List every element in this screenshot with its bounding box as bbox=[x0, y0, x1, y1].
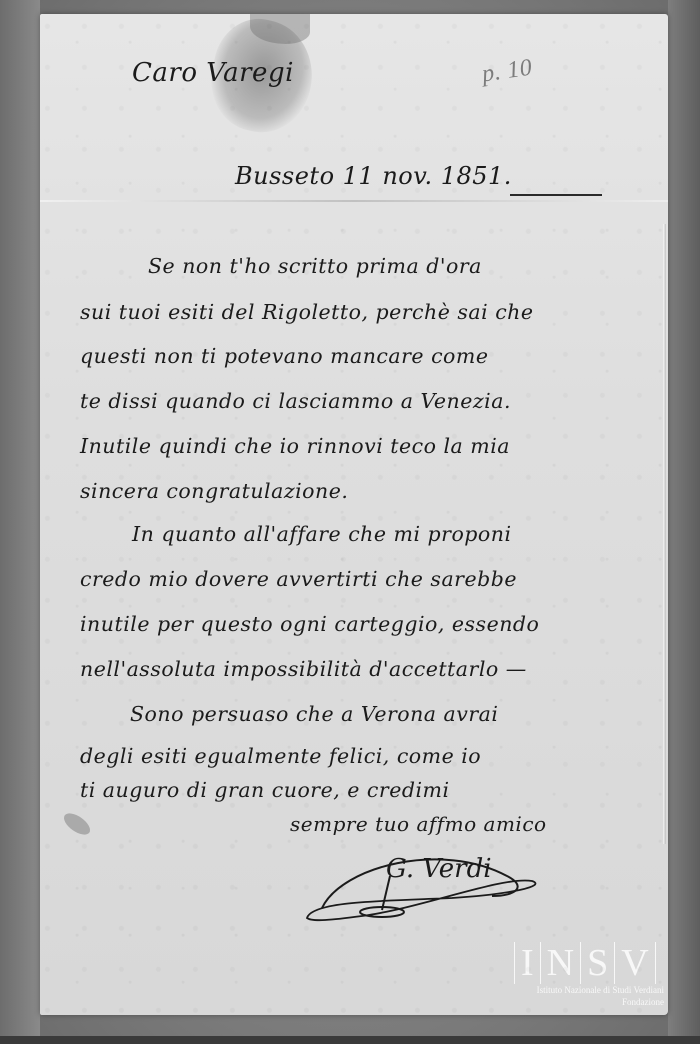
body-line: ti auguro di gran cuore, e credimi bbox=[80, 778, 450, 802]
right-crease bbox=[663, 224, 666, 844]
insv-watermark: I N S V Istituto Nazionale di Studi Verd… bbox=[514, 942, 664, 1022]
body-line: Inutile quindi che io rinnovi teco la mi… bbox=[80, 434, 510, 458]
watermark-institute: Istituto Nazionale di Studi Verdiani bbox=[514, 984, 664, 996]
watermark-foundation: Fondazione bbox=[514, 996, 664, 1008]
body-line: In quanto all'affare che mi proponi bbox=[132, 522, 512, 546]
watermark-logo: I N S V bbox=[514, 942, 664, 984]
closing: sempre tuo affmo amico bbox=[290, 812, 547, 836]
signature: G. Verdi bbox=[302, 846, 552, 926]
body-line: te dissi quando ci lasciammo a Venezia. bbox=[80, 389, 511, 413]
signature-name: G. Verdi bbox=[386, 854, 492, 884]
body-line: degli esiti egualmente felici, come io bbox=[80, 744, 481, 768]
letter-sheet: Caro Varegi p. 10 Busseto 11 nov. 1851. … bbox=[40, 14, 668, 1015]
smudge bbox=[60, 809, 93, 838]
photo-bottom-edge bbox=[0, 1036, 700, 1044]
body-line: questi non ti potevano mancare come bbox=[80, 344, 488, 368]
body-line: inutile per questo ogni carteggio, essen… bbox=[80, 612, 539, 636]
archive-reference: p. 10 bbox=[480, 55, 534, 89]
body-line: credo mio dovere avvertirti che sarebbe bbox=[80, 567, 517, 591]
body-line: nell'assoluta impossibilità d'accettarlo… bbox=[80, 657, 527, 681]
background-left bbox=[0, 0, 40, 1044]
watermark-letter: N bbox=[540, 942, 580, 984]
watermark-letter: V bbox=[614, 942, 655, 984]
watermark-letter: I bbox=[514, 942, 540, 984]
body-line: Sono persuaso che a Verona avrai bbox=[130, 702, 498, 726]
body-line: Se non t'ho scritto prima d'ora bbox=[148, 254, 482, 278]
salutation: Caro Varegi bbox=[132, 58, 294, 88]
dateline: Busseto 11 nov. 1851. bbox=[235, 162, 512, 190]
fold-line bbox=[40, 200, 668, 202]
date-underline bbox=[510, 194, 602, 196]
watermark-letter: S bbox=[580, 942, 614, 984]
body-line: sincera congratulazione. bbox=[80, 479, 348, 503]
background-right bbox=[668, 0, 700, 1044]
body-line: sui tuoi esiti del Rigoletto, perchè sai… bbox=[80, 300, 534, 324]
